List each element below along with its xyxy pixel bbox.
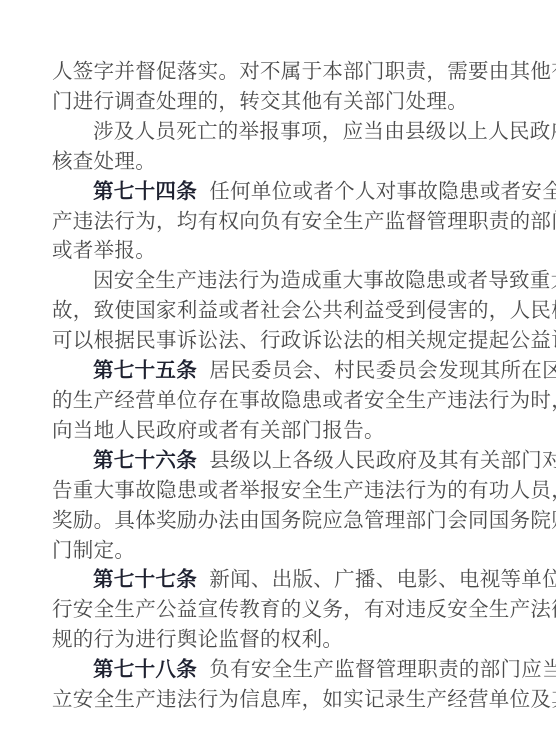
paragraph: 涉及人员死亡的举报事项，应当由县级以上人民政府组织 核查处理。 — [52, 117, 474, 177]
text-line: 可以根据民事诉讼法、行政诉讼法的相关规定提起公益诉讼。 — [52, 326, 474, 356]
article-text: 居民委员会、村民委员会发现其所在区域内 — [209, 358, 556, 382]
text-line: 告重大事故隐患或者举报安全生产违法行为的有功人员，给予 — [52, 476, 474, 506]
article-77: 第七十七条新闻、出版、广播、电影、电视等单位有进 行安全生产公益宣传教育的义务，… — [52, 565, 474, 655]
text-line: 奖励。具体奖励办法由国务院应急管理部门会同国务院财政部 — [52, 506, 474, 536]
text-line: 第七十六条县级以上各级人民政府及其有关部门对报 — [52, 446, 474, 476]
text-line: 人签字并督促落实。对不属于本部门职责，需要由其他有关部 — [52, 57, 474, 87]
text-line: 规的行为进行舆论监督的权利。 — [52, 625, 474, 655]
text-line: 因安全生产违法行为造成重大事故隐患或者导致重大事 — [52, 266, 474, 296]
text-line: 第七十八条负有安全生产监督管理职责的部门应当建 — [52, 655, 474, 685]
article-text: 任何单位或者个人对事故隐患或者安全生 — [209, 179, 556, 203]
article-number: 第七十五条 — [93, 358, 197, 382]
text-line: 故，致使国家利益或者社会公共利益受到侵害的，人民检察院 — [52, 296, 474, 326]
document-body: 人签字并督促落实。对不属于本部门职责，需要由其他有关部 门进行调查处理的，转交其… — [52, 57, 474, 715]
article-text: 县级以上各级人民政府及其有关部门对报 — [209, 448, 556, 472]
text-line: 核查处理。 — [52, 147, 474, 177]
text-line: 的生产经营单位存在事故隐患或者安全生产违法行为时，应当 — [52, 386, 474, 416]
text-line: 第七十七条新闻、出版、广播、电影、电视等单位有进 — [52, 565, 474, 595]
text-line: 涉及人员死亡的举报事项，应当由县级以上人民政府组织 — [52, 117, 474, 147]
paragraph: 因安全生产违法行为造成重大事故隐患或者导致重大事 故，致使国家利益或者社会公共利… — [52, 266, 474, 356]
article-number: 第七十七条 — [93, 567, 197, 591]
text-line: 或者举报。 — [52, 236, 474, 266]
article-76: 第七十六条县级以上各级人民政府及其有关部门对报 告重大事故隐患或者举报安全生产违… — [52, 446, 474, 566]
text-line: 立安全生产违法行为信息库，如实记录生产经营单位及其有关 — [52, 685, 474, 715]
document-page: 人签字并督促落实。对不属于本部门职责，需要由其他有关部 门进行调查处理的，转交其… — [0, 0, 556, 745]
text-line: 门制定。 — [52, 536, 474, 566]
article-text: 负有安全生产监督管理职责的部门应当建 — [209, 657, 556, 681]
article-number: 第七十八条 — [93, 657, 197, 681]
article-text: 新闻、出版、广播、电影、电视等单位有进 — [209, 567, 556, 591]
article-number: 第七十四条 — [93, 179, 197, 203]
text-line: 第七十四条任何单位或者个人对事故隐患或者安全生 — [52, 177, 474, 207]
text-line: 门进行调查处理的，转交其他有关部门处理。 — [52, 87, 474, 117]
paragraph: 人签字并督促落实。对不属于本部门职责，需要由其他有关部 门进行调查处理的，转交其… — [52, 57, 474, 117]
text-line: 产违法行为，均有权向负有安全生产监督管理职责的部门报告 — [52, 207, 474, 237]
text-line: 向当地人民政府或者有关部门报告。 — [52, 416, 474, 446]
article-number: 第七十六条 — [93, 448, 197, 472]
article-74: 第七十四条任何单位或者个人对事故隐患或者安全生 产违法行为，均有权向负有安全生产… — [52, 177, 474, 267]
article-78: 第七十八条负有安全生产监督管理职责的部门应当建 立安全生产违法行为信息库，如实记… — [52, 655, 474, 715]
text-line: 第七十五条居民委员会、村民委员会发现其所在区域内 — [52, 356, 474, 386]
text-line: 行安全生产公益宣传教育的义务，有对违反安全生产法律、法 — [52, 595, 474, 625]
article-75: 第七十五条居民委员会、村民委员会发现其所在区域内 的生产经营单位存在事故隐患或者… — [52, 356, 474, 446]
